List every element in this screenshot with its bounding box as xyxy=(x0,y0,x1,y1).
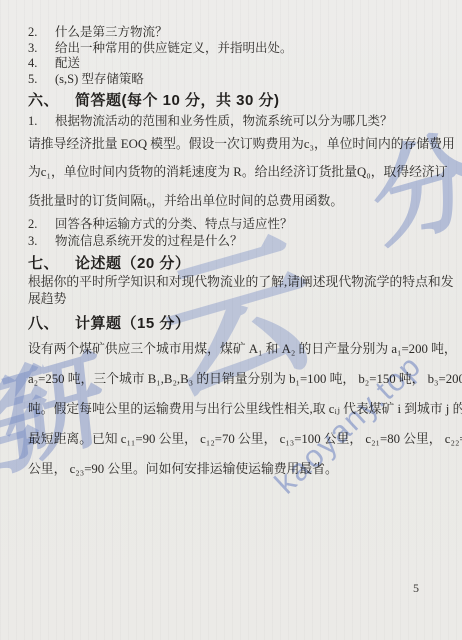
question-row: 3. 物流信息系统开发的过程是什么？ xyxy=(28,233,440,250)
item-text: (s,S) 型存储策略 xyxy=(55,72,144,88)
question-row: 1. 根据物流活动的范围和业务性质，物流系统可以分为哪几类？ xyxy=(28,113,440,129)
list-item: 5. (s,S) 型存储策略 xyxy=(28,72,440,88)
question-row: 2. 回答各种运输方式的分类、特点与适应性？ xyxy=(28,216,440,233)
section-number: 八、 xyxy=(28,314,75,334)
item-text: 配送 xyxy=(55,56,80,72)
list-item: 4. 配送 xyxy=(28,56,440,72)
page-number: 5 xyxy=(413,581,419,596)
paragraph-line: 为c₁，单位时间内货物的消耗速度为 R。给出经济订货批量Q₀，取得经济订 xyxy=(28,158,440,187)
question-text: 根据物流活动的范围和业务性质，物流系统可以分为哪几类？ xyxy=(55,113,393,129)
paragraph-line: 展趋势 xyxy=(28,291,440,308)
item-number: 3. xyxy=(28,41,55,57)
section-number: 六、 xyxy=(28,91,75,111)
list-item: 3. 给出一种常用的供应链定义，并指明出处。 xyxy=(28,41,440,57)
item-number: 4. xyxy=(28,56,55,72)
paragraph-line: 货批量时的订货间隔t₀，并给出单位时间的总费用函数。 xyxy=(28,187,440,216)
question-number: 2. xyxy=(28,216,55,233)
question-text: 物流信息系统开发的过程是什么？ xyxy=(55,233,243,250)
paragraph-line: 公里， c₂₃=90 公里。问如何安排运输使运输费用最省。 xyxy=(28,454,440,484)
item-number: 2. xyxy=(28,25,55,41)
question-number: 1. xyxy=(28,113,55,129)
paragraph-line: 吨。假定每吨公里的运输费用与出行公里线性相关,取 cᵢⱼ 代表煤矿 i 到城市 … xyxy=(28,394,440,424)
item-text: 给出一种常用的供应链定义，并指明出处。 xyxy=(55,41,293,57)
calculation-problem-paragraph: 设有两个煤矿供应三个城市用煤，煤矿 A₁ 和 A₂ 的日产量分别为 a₁=200… xyxy=(28,334,440,484)
paragraph-line: 最短距离。已知 c₁₁=90 公里， c₁₂=70 公里， c₁₃=100 公里… xyxy=(28,424,440,454)
scanned-exam-page: 2. 什么是第三方物流？ 3. 给出一种常用的供应链定义，并指明出处。 4. 配… xyxy=(0,0,462,640)
paragraph-line: a₂=250 吨，三个城市 B₁,B₂,B₃ 的日销量分别为 b₁=100 吨，… xyxy=(28,364,440,394)
paragraph-line: 请推导经济批量 EOQ 模型。假设一次订购费用为c₃，单位时间内的存储费用 xyxy=(28,130,440,159)
essay-question-paragraph: 根据你的平时所学知识和对现代物流业的了解,请阐述现代物流学的特点和发 展趋势 xyxy=(28,274,440,307)
section-number: 七、 xyxy=(28,254,75,274)
section-title: 计算题（15 分） xyxy=(75,315,190,332)
item-number: 5. xyxy=(28,72,55,88)
list-item: 2. 什么是第三方物流？ xyxy=(28,25,440,41)
question-number: 3. xyxy=(28,233,55,250)
paragraph-line: 设有两个煤矿供应三个城市用煤，煤矿 A₁ 和 A₂ 的日产量分别为 a₁=200… xyxy=(28,334,440,364)
section-title: 论述题（20 分） xyxy=(75,255,190,272)
section-8-heading: 八、计算题（15 分） xyxy=(28,314,440,334)
question-text: 回答各种运输方式的分类、特点与适应性？ xyxy=(55,216,293,233)
eoq-derivation-paragraph: 请推导经济批量 EOQ 模型。假设一次订购费用为c₃，单位时间内的存储费用 为c… xyxy=(28,130,440,216)
section-7-heading: 七、论述题（20 分） xyxy=(28,254,440,274)
section-title: 简答题(每个 10 分，共 30 分) xyxy=(75,92,280,109)
item-text: 什么是第三方物流？ xyxy=(55,25,168,41)
paragraph-line: 根据你的平时所学知识和对现代物流业的了解,请阐述现代物流学的特点和发 xyxy=(28,274,440,291)
section-6-heading: 六、简答题(每个 10 分，共 30 分) xyxy=(28,91,440,111)
exam-content: 2. 什么是第三方物流？ 3. 给出一种常用的供应链定义，并指明出处。 4. 配… xyxy=(0,0,462,640)
